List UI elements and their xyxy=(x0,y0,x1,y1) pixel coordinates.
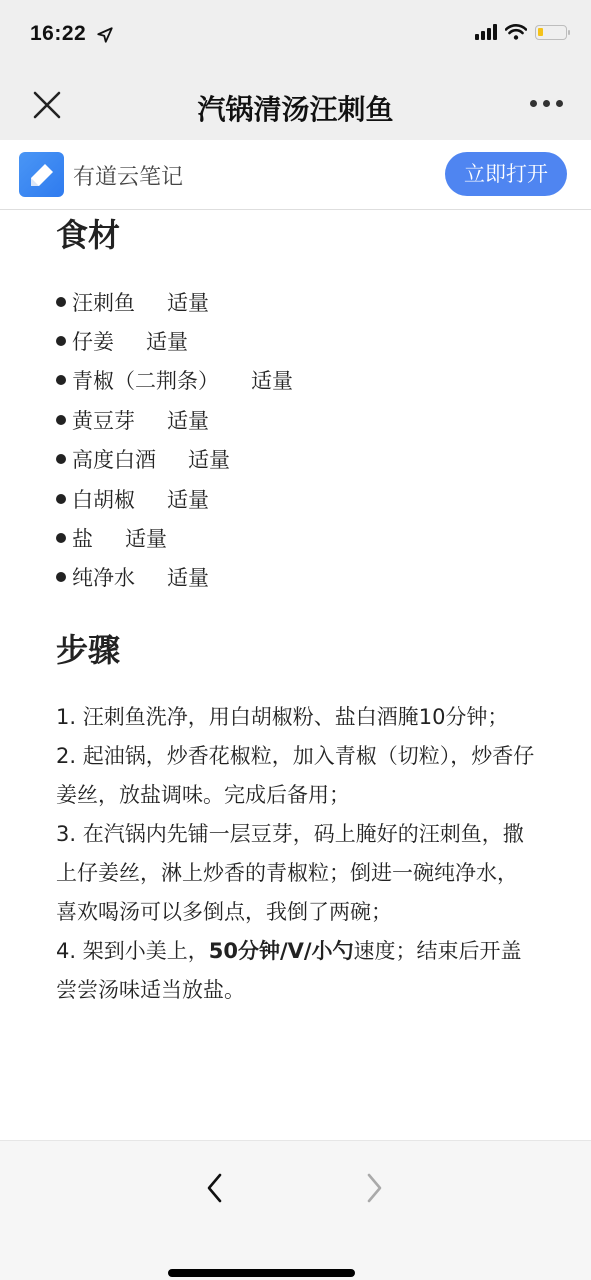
battery-level xyxy=(538,28,543,36)
wifi-icon xyxy=(505,24,527,40)
steps-heading: 步骤 xyxy=(56,625,120,671)
list-item: 白胡椒适量 xyxy=(56,479,293,518)
ingredient-qty: 适量 xyxy=(188,444,230,474)
app-name: 有道云笔记 xyxy=(73,160,183,191)
bullet-icon xyxy=(56,336,66,346)
chevron-left-icon[interactable] xyxy=(200,1169,232,1209)
ingredient-qty: 适量 xyxy=(125,523,167,553)
home-indicator[interactable] xyxy=(168,1269,355,1277)
app-logo xyxy=(19,152,64,197)
bottom-toolbar xyxy=(0,1140,591,1280)
bullet-icon xyxy=(56,533,66,543)
bullet-icon xyxy=(56,297,66,307)
ingredient-name: 汪刺鱼 xyxy=(72,287,135,317)
bullet-icon xyxy=(56,572,66,582)
more-icon[interactable] xyxy=(530,100,563,107)
list-item: 汪刺鱼适量 xyxy=(56,282,293,321)
battery-low-icon xyxy=(535,25,567,40)
cellular-signal-icon xyxy=(475,24,497,40)
ingredient-name: 仔姜 xyxy=(72,326,114,356)
app-banner: 有道云笔记 立即打开 xyxy=(0,140,591,210)
page-title: 汽锅清汤汪刺鱼 xyxy=(0,88,591,128)
status-indicators xyxy=(475,24,567,40)
ingredient-name: 纯净水 xyxy=(72,562,135,592)
bullet-icon xyxy=(56,494,66,504)
location-arrow-icon xyxy=(96,26,114,44)
chevron-right-icon[interactable] xyxy=(360,1169,392,1209)
list-item: 高度白酒适量 xyxy=(56,440,293,479)
step-3: 3. 在汽锅内先铺一层豆芽，码上腌好的汪刺鱼，撒上仔姜丝，淋上炒香的青椒粒；倒进… xyxy=(56,815,536,932)
bullet-icon xyxy=(56,415,66,425)
ingredient-qty: 适量 xyxy=(167,562,209,592)
list-item: 纯净水适量 xyxy=(56,558,293,597)
list-item: 青椒（二荆条）适量 xyxy=(56,361,293,400)
ingredient-name: 青椒（二荆条） xyxy=(72,365,219,395)
ingredient-qty: 适量 xyxy=(146,326,188,356)
ingredient-qty: 适量 xyxy=(167,405,209,435)
list-item: 盐适量 xyxy=(56,518,293,557)
step-2: 2. 起油锅，炒香花椒粒，加入青椒（切粒），炒香仔姜丝，放盐调味。完成后备用； xyxy=(56,737,536,815)
list-item: 黄豆芽适量 xyxy=(56,400,293,439)
steps-list: 1. 汪刺鱼洗净，用白胡椒粉、盐白酒腌10分钟； 2. 起油锅，炒香花椒粒，加入… xyxy=(56,698,536,1010)
step-4-prefix: 4. 架到小美上， xyxy=(56,939,209,963)
ingredients-heading: 食材 xyxy=(56,210,120,256)
ingredient-name: 高度白酒 xyxy=(72,444,156,474)
ingredient-qty: 适量 xyxy=(251,365,293,395)
ingredient-qty: 适量 xyxy=(167,484,209,514)
open-app-button[interactable]: 立即打开 xyxy=(445,152,567,196)
ingredient-name: 黄豆芽 xyxy=(72,405,135,435)
bullet-icon xyxy=(56,454,66,464)
bullet-icon xyxy=(56,375,66,385)
step-4-bold: 50分钟/V/小勺 xyxy=(209,939,354,963)
status-time: 16:22 xyxy=(30,22,86,46)
step-4: 4. 架到小美上，50分钟/V/小勺速度；结束后开盖尝尝汤味适当放盐。 xyxy=(56,932,536,1010)
nav-bar: 汽锅清汤汪刺鱼 xyxy=(0,70,591,140)
ingredient-name: 盐 xyxy=(72,523,93,553)
step-1: 1. 汪刺鱼洗净，用白胡椒粉、盐白酒腌10分钟； xyxy=(56,698,536,737)
status-bar: 16:22 xyxy=(0,0,591,70)
ingredient-name: 白胡椒 xyxy=(72,484,135,514)
pencil-icon xyxy=(19,152,64,197)
ingredients-list: 汪刺鱼适量 仔姜适量 青椒（二荆条）适量 黄豆芽适量 高度白酒适量 白胡椒适量 … xyxy=(56,282,293,597)
list-item: 仔姜适量 xyxy=(56,321,293,360)
ingredient-qty: 适量 xyxy=(167,287,209,317)
